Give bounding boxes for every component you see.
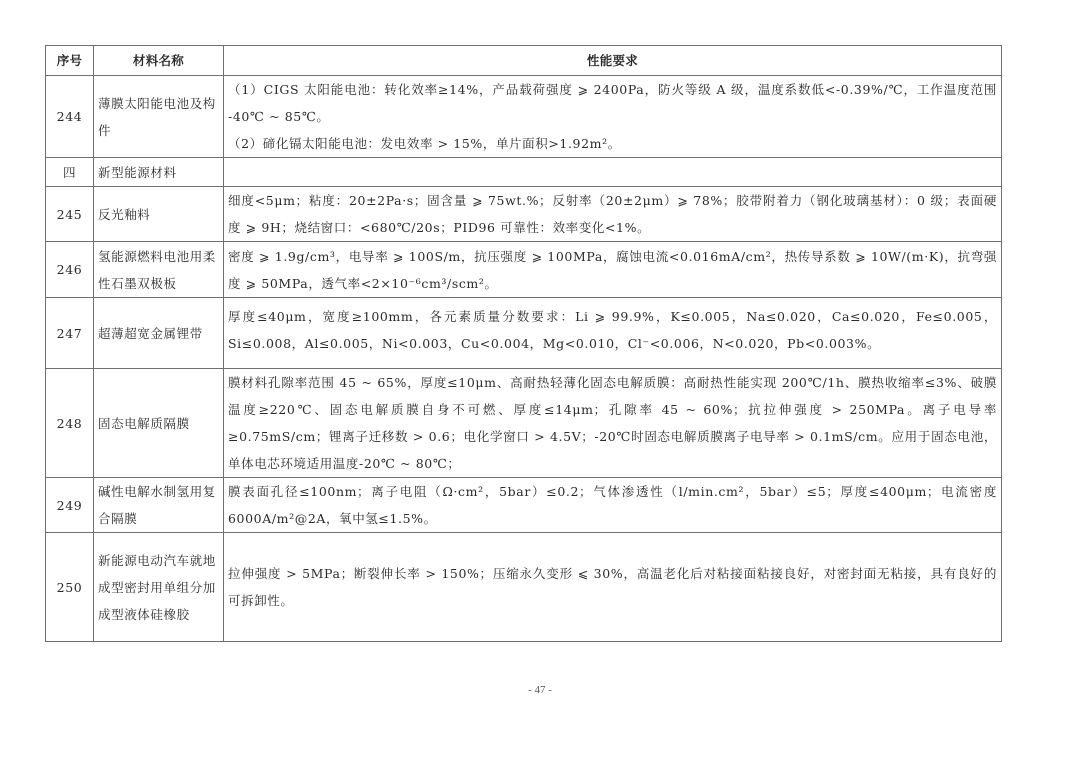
table-row: 245 反光釉料 细度<5μm；粘度：20±2Pa·s；固含量 ⩾ 75wt.%… xyxy=(46,187,1002,242)
requirement-line: 细度<5μm；粘度：20±2Pa·s；固含量 ⩾ 75wt.%；反射率（20±2… xyxy=(228,187,997,241)
page-number: - 47 - xyxy=(0,684,1080,696)
material-spec-table: 序号 材料名称 性能要求 244 薄膜太阳能电池及构件 （1）CIGS 太阳能电… xyxy=(45,45,1002,642)
table-row: 248 固态电解质隔膜 膜材料孔隙率范围 45 ~ 65%，厚度≤10μm、高耐… xyxy=(46,369,1002,478)
requirement-line: 密度 ⩾ 1.9g/cm³，电导率 ⩾ 100S/m，抗压强度 ⩾ 100MPa… xyxy=(228,243,997,297)
header-material-name: 材料名称 xyxy=(94,46,224,76)
row-requirements: 拉伸强度 > 5MPa；断裂伸长率 > 150%；压缩永久变形 ⩽ 30%，高温… xyxy=(224,533,1002,642)
header-no: 序号 xyxy=(46,46,94,76)
row-no: 248 xyxy=(46,369,94,478)
row-requirements: （1）CIGS 太阳能电池：转化效率≥14%，产品载荷强度 ⩾ 2400Pa，防… xyxy=(224,76,1002,158)
table-row: 244 薄膜太阳能电池及构件 （1）CIGS 太阳能电池：转化效率≥14%，产品… xyxy=(46,76,1002,158)
row-material-name: 碱性电解水制氢用复合隔膜 xyxy=(94,478,224,533)
table-row: 247 超薄超宽金属锂带 厚度≤40μm，宽度≥100mm，各元素质量分数要求：… xyxy=(46,298,1002,369)
section-no: 四 xyxy=(46,158,94,187)
row-material-name: 新能源电动汽车就地成型密封用单组分加成型液体硅橡胶 xyxy=(94,533,224,642)
row-requirements: 密度 ⩾ 1.9g/cm³，电导率 ⩾ 100S/m，抗压强度 ⩾ 100MPa… xyxy=(224,242,1002,298)
row-no: 247 xyxy=(46,298,94,369)
document-page: 序号 材料名称 性能要求 244 薄膜太阳能电池及构件 （1）CIGS 太阳能电… xyxy=(0,0,1080,764)
row-no: 250 xyxy=(46,533,94,642)
row-requirements: 膜表面孔径≤100nm；离子电阻（Ω·cm²，5bar）≤0.2；气体渗透性（l… xyxy=(224,478,1002,533)
row-material-name: 固态电解质隔膜 xyxy=(94,369,224,478)
row-no: 246 xyxy=(46,242,94,298)
table-row: 246 氢能源燃料电池用柔性石墨双极板 密度 ⩾ 1.9g/cm³，电导率 ⩾ … xyxy=(46,242,1002,298)
requirement-line: 膜表面孔径≤100nm；离子电阻（Ω·cm²，5bar）≤0.2；气体渗透性（l… xyxy=(228,478,997,532)
row-no: 244 xyxy=(46,76,94,158)
row-material-name: 超薄超宽金属锂带 xyxy=(94,298,224,369)
row-material-name: 反光釉料 xyxy=(94,187,224,242)
table-row: 250 新能源电动汽车就地成型密封用单组分加成型液体硅橡胶 拉伸强度 > 5MP… xyxy=(46,533,1002,642)
row-requirements: 细度<5μm；粘度：20±2Pa·s；固含量 ⩾ 75wt.%；反射率（20±2… xyxy=(224,187,1002,242)
requirement-line: （2）碲化镉太阳能电池：发电效率 > 15%，单片面积>1.92m²。 xyxy=(228,130,997,157)
row-requirements: 膜材料孔隙率范围 45 ~ 65%，厚度≤10μm、高耐热轻薄化固态电解质膜：高… xyxy=(224,369,1002,478)
section-requirements xyxy=(224,158,1002,187)
section-row: 四 新型能源材料 xyxy=(46,158,1002,187)
row-material-name: 氢能源燃料电池用柔性石墨双极板 xyxy=(94,242,224,298)
row-material-name: 薄膜太阳能电池及构件 xyxy=(94,76,224,158)
row-no: 245 xyxy=(46,187,94,242)
requirement-line: （1）CIGS 太阳能电池：转化效率≥14%，产品载荷强度 ⩾ 2400Pa，防… xyxy=(228,76,997,130)
requirement-line: 拉伸强度 > 5MPa；断裂伸长率 > 150%；压缩永久变形 ⩽ 30%，高温… xyxy=(228,560,997,614)
requirement-line: 厚度≤40μm，宽度≥100mm，各元素质量分数要求：Li ⩾ 99.9%，K≤… xyxy=(228,303,997,357)
row-requirements: 厚度≤40μm，宽度≥100mm，各元素质量分数要求：Li ⩾ 99.9%，K≤… xyxy=(224,298,1002,369)
section-title: 新型能源材料 xyxy=(94,158,224,187)
requirement-line: 膜材料孔隙率范围 45 ~ 65%，厚度≤10μm、高耐热轻薄化固态电解质膜：高… xyxy=(228,369,997,477)
table-row: 249 碱性电解水制氢用复合隔膜 膜表面孔径≤100nm；离子电阻（Ω·cm²，… xyxy=(46,478,1002,533)
header-requirements: 性能要求 xyxy=(224,46,1002,76)
table-header-row: 序号 材料名称 性能要求 xyxy=(46,46,1002,76)
row-no: 249 xyxy=(46,478,94,533)
